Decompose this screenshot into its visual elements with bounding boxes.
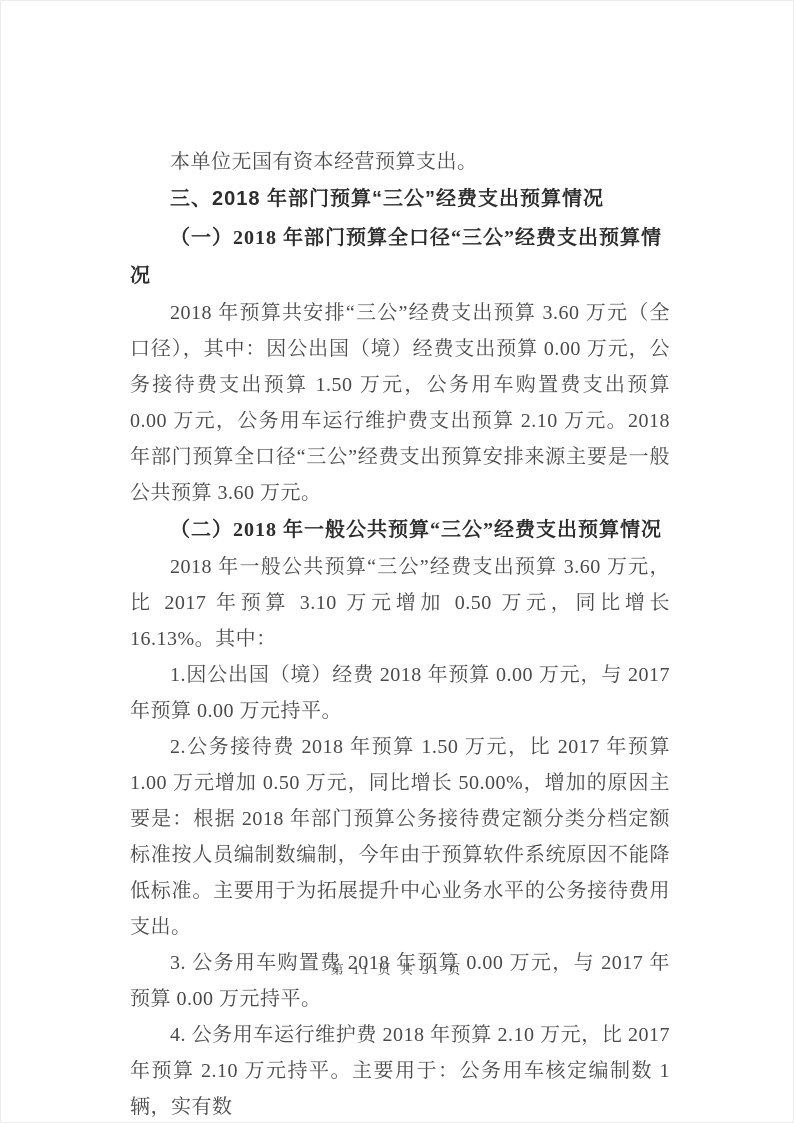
page-number-indicator: 第 11 页 共 31 页 <box>331 962 464 977</box>
subsection-heading-general-public-budget: （二）2018 年一般公共预算“三公”经费支出预算情况 <box>130 511 670 549</box>
paragraph-item-2-official-reception: 2.公务接待费 2018 年预算 1.50 万元，比 2017 年预算 1.00… <box>130 729 670 945</box>
document-page: 本单位无国有资本经营预算支出。 三、2018 年部门预算“三公”经费支出预算情况… <box>0 0 794 1123</box>
paragraph-general-public-budget-summary: 2018 年一般公共预算“三公”经费支出预算 3.60 万元，比 2017 年预… <box>130 549 670 657</box>
page-footer: 第 11 页 共 31 页 <box>1 959 793 978</box>
subsection-heading-full-caliber-budget: （一）2018 年部门预算全口径“三公”经费支出预算情况 <box>130 219 670 295</box>
paragraph-item-1-overseas-trips: 1.因公出国（境）经费 2018 年预算 0.00 万元，与 2017 年预算 … <box>130 657 670 729</box>
section-heading-three-public-expenses: 三、2018 年部门预算“三公”经费支出预算情况 <box>130 180 670 219</box>
paragraph-no-state-capital-budget: 本单位无国有资本经营预算支出。 <box>130 144 670 180</box>
paragraph-full-caliber-budget-details: 2018 年预算共安排“三公”经费支出预算 3.60 万元（全口径），其中：因公… <box>130 295 670 511</box>
paragraph-item-3-vehicle-purchase: 3. 公务用车购置费 2018 年预算 0.00 万元，与 2017 年预算 0… <box>130 945 670 1017</box>
paragraph-item-4-vehicle-maintenance: 4. 公务用车运行维护费 2018 年预算 2.10 万元，比 2017 年预算… <box>130 1017 670 1123</box>
